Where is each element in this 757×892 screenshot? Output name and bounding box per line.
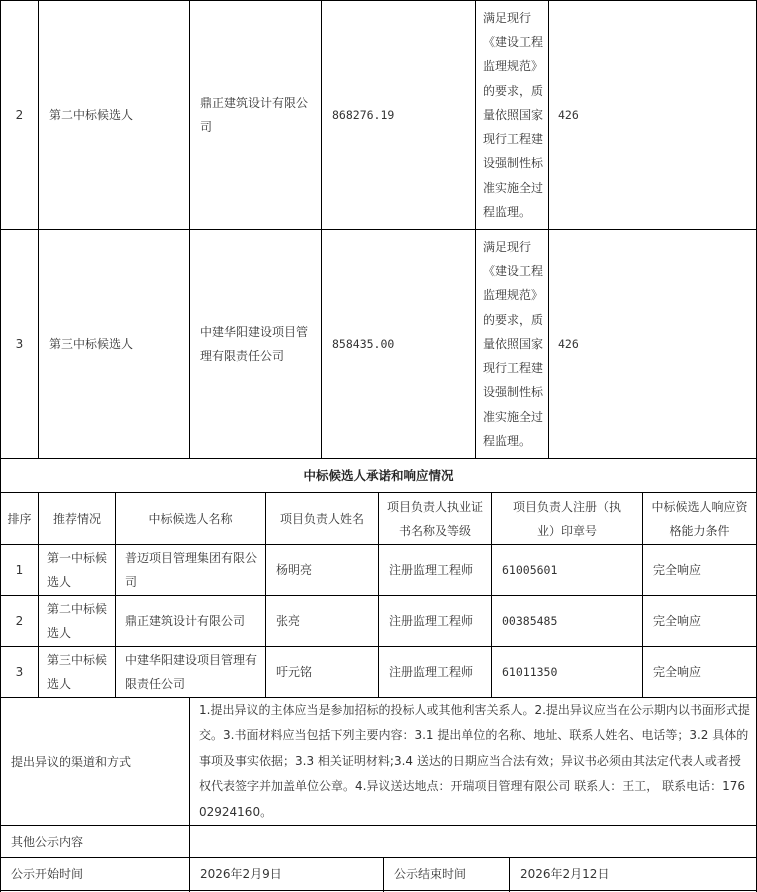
header-seal-no: 项目负责人注册（执业）印章号 <box>492 493 642 544</box>
company-cell: 普迈项目管理集团有限公司 <box>116 545 265 595</box>
period-cell: 426 <box>549 230 756 458</box>
end-time-value: 2026年2月12日 <box>510 858 756 890</box>
start-time-label: 公示开始时间 <box>1 858 189 890</box>
recommendation-cell: 第三中标候选人 <box>39 647 115 697</box>
manager-name-cell: 杨明亮 <box>266 545 378 595</box>
bid-price-cell: 868276.19 <box>322 1 475 229</box>
manager-name-cell: 吁元铭 <box>266 647 378 697</box>
recommendation-cell: 第一中标候选人 <box>39 545 115 595</box>
header-manager-name: 项目负责人姓名 <box>266 493 378 544</box>
section-title: 中标候选人承诺和响应情况 <box>1 459 756 492</box>
recommendation-cell: 第二中标候选人 <box>39 1 189 229</box>
seal-no-cell: 61011350 <box>492 647 642 697</box>
header-response: 中标候选人响应资格能力条件 <box>643 493 756 544</box>
table-border <box>0 890 757 891</box>
objection-label: 提出异议的渠道和方式 <box>1 698 189 825</box>
end-time-label: 公示结束时间 <box>384 858 509 890</box>
header-recommendation: 推荐情况 <box>39 493 115 544</box>
other-content-label: 其他公示内容 <box>1 826 189 857</box>
response-cell: 完全响应 <box>643 647 756 697</box>
header-rank: 排序 <box>1 493 38 544</box>
response-cell: 完全响应 <box>643 545 756 595</box>
company-cell: 鼎正建筑设计有限公司 <box>116 596 265 646</box>
start-time-value: 2026年2月9日 <box>190 858 383 890</box>
rank-cell: 1 <box>1 545 38 595</box>
rank-cell: 2 <box>1 1 38 229</box>
other-content-value <box>190 826 756 857</box>
objection-content: 1.提出异议的主体应当是参加招标的投标人或其他利害关系人。2.提出异议应当在公示… <box>190 698 756 825</box>
header-company: 中标候选人名称 <box>116 493 265 544</box>
certificate-cell: 注册监理工程师 <box>379 545 491 595</box>
manager-name-cell: 张亮 <box>266 596 378 646</box>
quality-cell: 满足现行《建设工程监理规范》的要求，质量依照国家现行工程建设强制性标准实施全过程… <box>476 1 548 229</box>
recommendation-cell: 第三中标候选人 <box>39 230 189 458</box>
company-cell: 鼎正建筑设计有限公司 <box>190 1 321 229</box>
recommendation-cell: 第二中标候选人 <box>39 596 115 646</box>
seal-no-cell: 61005601 <box>492 545 642 595</box>
company-cell: 中建华阳建设项目管理有限责任公司 <box>190 230 321 458</box>
bid-price-cell: 858435.00 <box>322 230 475 458</box>
company-cell: 中建华阳建设项目管理有限责任公司 <box>116 647 265 697</box>
rank-cell: 3 <box>1 230 38 458</box>
header-certificate: 项目负责人执业证书名称及等级 <box>379 493 491 544</box>
certificate-cell: 注册监理工程师 <box>379 647 491 697</box>
rank-cell: 2 <box>1 596 38 646</box>
certificate-cell: 注册监理工程师 <box>379 596 491 646</box>
seal-no-cell: 00385485 <box>492 596 642 646</box>
rank-cell: 3 <box>1 647 38 697</box>
response-cell: 完全响应 <box>643 596 756 646</box>
quality-cell: 满足现行《建设工程监理规范》的要求，质量依照国家现行工程建设强制性标准实施全过程… <box>476 230 548 458</box>
period-cell: 426 <box>549 1 756 229</box>
